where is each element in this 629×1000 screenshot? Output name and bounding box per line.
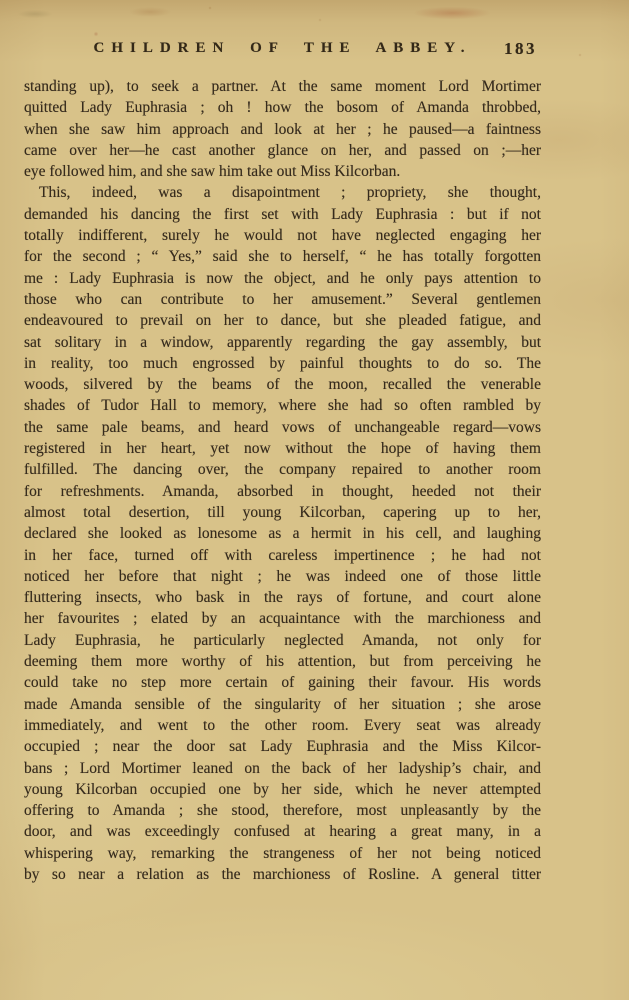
text-line: Lady Euphrasia, he particularly neglecte…: [24, 630, 541, 651]
text-line: her favourites ; elated by an acquaintan…: [24, 608, 541, 629]
text-line: door, and was exceedingly confused at he…: [24, 821, 541, 842]
text-line: young Kilcorban occupied one by her side…: [24, 779, 541, 800]
text-line: in reality, too much engrossed by painfu…: [24, 353, 541, 374]
text-line: quitted Lady Euphrasia ; oh ! how the bo…: [24, 97, 541, 118]
text-line: This, indeed, was a disapointment ; prop…: [24, 182, 541, 203]
text-line: standing up), to seek a partner. At the …: [24, 76, 541, 97]
text-line: fulfilled. The dancing over, the company…: [24, 459, 541, 480]
text-line: fluttering insects, who bask in the rays…: [24, 587, 541, 608]
text-line: shades of Tudor Hall to memory, where sh…: [24, 395, 541, 416]
text-line: those who can contribute to her amusemen…: [24, 289, 541, 310]
text-line: declared she looked as lonesome as a her…: [24, 523, 541, 544]
book-page: CHILDREN OF THE ABBEY. 183 standing up),…: [0, 0, 629, 1000]
text-line: for refreshments. Amanda, absorbed in th…: [24, 481, 541, 502]
page-title: CHILDREN OF THE ABBEY.: [24, 40, 541, 57]
page-text: standing up), to seek a partner. At the …: [24, 76, 541, 885]
text-line: woods, silvered by the beams of the moon…: [24, 374, 541, 395]
text-line: when she saw him approach and look at he…: [24, 119, 541, 140]
text-line: occupied ; near the door sat Lady Euphra…: [24, 736, 541, 757]
text-line: whispering way, remarking the strangenes…: [24, 843, 541, 864]
text-line: in her face, turned off with careless im…: [24, 545, 541, 566]
text-line: noticed her before that night ; he was i…: [24, 566, 541, 587]
text-line: came over her—he cast another glance on …: [24, 140, 541, 161]
text-line: by so near a relation as the marchioness…: [24, 864, 541, 885]
text-line: endeavoured to prevail on her to dance, …: [24, 310, 541, 331]
text-line: deeming them more worthy of his attentio…: [24, 651, 541, 672]
text-line: immediately, and went to the other room.…: [24, 715, 541, 736]
text-line: bans ; Lord Mortimer leaned on the back …: [24, 758, 541, 779]
text-line: made Amanda sensible of the singularity …: [24, 694, 541, 715]
text-line: eye followed him, and she saw him take o…: [24, 161, 541, 182]
text-line: could take no step more certain of gaini…: [24, 672, 541, 693]
text-line: offering to Amanda ; she stood, therefor…: [24, 800, 541, 821]
text-line: sat solitary in a window, apparently reg…: [24, 332, 541, 353]
text-line: registered in her heart, yet now without…: [24, 438, 541, 459]
text-line: the same pale beams, and heard vows of u…: [24, 417, 541, 438]
text-line: for the second ; “ Yes,” said she to her…: [24, 246, 541, 267]
text-line: totally indifferent, surely he would not…: [24, 225, 541, 246]
page-number: 183: [504, 39, 537, 59]
running-head: CHILDREN OF THE ABBEY. 183: [24, 40, 541, 60]
text-line: me : Lady Euphrasia is now the object, a…: [24, 268, 541, 289]
text-line: demanded his dancing the first set with …: [24, 204, 541, 225]
text-line: almost total desertion, till young Kilco…: [24, 502, 541, 523]
